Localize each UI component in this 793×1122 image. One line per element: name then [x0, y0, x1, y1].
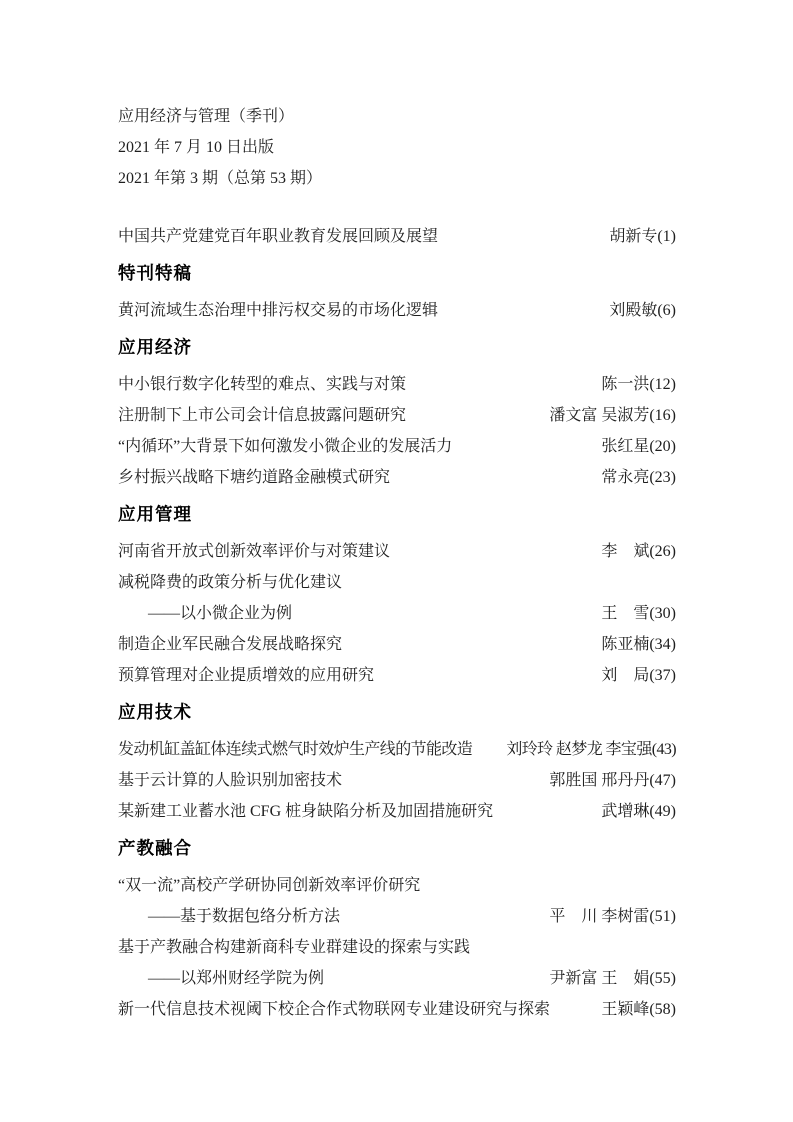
article-author-page: 刘玲玲 赵梦龙 李宝强(43) — [498, 734, 676, 765]
article-page-number: (16) — [649, 407, 676, 424]
article-authors: 刘玲玲 赵梦龙 李宝强 — [506, 741, 651, 758]
article-title: “双一流”高校产学研协同创新效率评价研究 — [118, 870, 420, 901]
toc-entry-subtitle-row: ——以郑州财经学院为例 尹新富 王 娟(55) — [118, 963, 676, 994]
article-authors: 潘文富 吴淑芳 — [549, 407, 649, 424]
article-author-page: 郭胜国 邢丹丹(47) — [541, 765, 676, 796]
article-authors: 张红星 — [601, 438, 649, 455]
article-title: 基于云计算的人脸识别加密技术 — [118, 765, 342, 796]
toc-entry-row: “内循环”大背景下如何激发小微企业的发展活力 张红星(20) — [118, 431, 676, 462]
article-authors: 陈亚楠 — [601, 636, 649, 653]
article-subtitle: ——以郑州财经学院为例 — [118, 963, 324, 994]
article-page-number: (20) — [649, 438, 676, 455]
article-title: 基于产教融合构建新商科专业群建设的探索与实践 — [118, 932, 470, 963]
article-page-number: (51) — [649, 908, 676, 925]
article-author-page: 潘文富 吴淑芳(16) — [541, 400, 676, 431]
article-subtitle: ——以小微企业为例 — [118, 598, 292, 629]
article-page-number: (47) — [649, 772, 676, 789]
article-author-page: 李 斌(26) — [593, 536, 676, 567]
article-author-page: 常永亮(23) — [593, 462, 676, 493]
article-author-page: 王 雪(30) — [593, 598, 676, 629]
article-authors: 王颖峰 — [601, 1001, 649, 1018]
toc-entry-row: 注册制下上市公司会计信息披露问题研究 潘文富 吴淑芳(16) — [118, 400, 676, 431]
issue-info: 2021 年第 3 期（总第 53 期） — [118, 163, 676, 194]
article-page-number: (6) — [657, 302, 676, 319]
article-title: 制造企业军民融合发展战略探究 — [118, 629, 342, 660]
article-authors: 王 雪 — [601, 605, 649, 622]
toc-entry-row: “双一流”高校产学研协同创新效率评价研究 — [118, 870, 676, 901]
article-author-page: 张红星(20) — [593, 431, 676, 462]
article-title: 乡村振兴战略下塘约道路金融模式研究 — [118, 462, 390, 493]
article-author-page: 武增琳(49) — [593, 796, 676, 827]
article-title: 黄河流域生态治理中排污权交易的市场化逻辑 — [118, 295, 438, 326]
article-page-number: (23) — [649, 469, 676, 486]
article-authors: 刘 局 — [601, 667, 649, 684]
journal-title: 应用经济与管理（季刊） — [118, 101, 676, 132]
section-heading-applied-technology: 应用技术 — [118, 691, 676, 734]
toc-entry-row: 新一代信息技术视阈下校企合作式物联网专业建设研究与探索 王颖峰(58) — [118, 994, 676, 1025]
article-author-page: 陈亚楠(34) — [593, 629, 676, 660]
article-title: 发动机缸盖缸体连续式燃气时效炉生产线的节能改造 — [118, 734, 472, 765]
toc-entry-row: 基于产教融合构建新商科专业群建设的探索与实践 — [118, 932, 676, 963]
article-page-number: (12) — [649, 376, 676, 393]
article-page-number: (49) — [649, 803, 676, 820]
article-page-number: (30) — [649, 605, 676, 622]
article-authors: 胡新专 — [609, 228, 657, 245]
article-authors: 陈一洪 — [601, 376, 649, 393]
toc-entry-row: 中小银行数字化转型的难点、实践与对策 陈一洪(12) — [118, 369, 676, 400]
article-title: 注册制下上市公司会计信息披露问题研究 — [118, 400, 406, 431]
article-page-number: (58) — [649, 1001, 676, 1018]
article-authors: 常永亮 — [601, 469, 649, 486]
article-title: 新一代信息技术视阈下校企合作式物联网专业建设研究与探索 — [118, 994, 550, 1025]
toc-entry-subtitle-row: ——基于数据包络分析方法 平 川 李树雷(51) — [118, 901, 676, 932]
article-title: 河南省开放式创新效率评价与对策建议 — [118, 536, 390, 567]
toc-entry-row: 某新建工业蓄水池 CFG 桩身缺陷分析及加固措施研究 武增琳(49) — [118, 796, 676, 827]
section-heading-applied-economics: 应用经济 — [118, 326, 676, 369]
toc-entry-row: 河南省开放式创新效率评价与对策建议 李 斌(26) — [118, 536, 676, 567]
article-author-page: 平 川 李树雷(51) — [541, 901, 676, 932]
article-page-number: (43) — [652, 741, 676, 758]
lead-article-row: 中国共产党建党百年职业教育发展回顾及展望 胡新专(1) — [118, 221, 676, 252]
article-authors: 郭胜国 邢丹丹 — [549, 772, 649, 789]
article-title: 中小银行数字化转型的难点、实践与对策 — [118, 369, 406, 400]
article-subtitle: ——基于数据包络分析方法 — [118, 901, 340, 932]
publish-date: 2021 年 7 月 10 日出版 — [118, 132, 676, 163]
section-heading-industry-education: 产教融合 — [118, 827, 676, 870]
toc-entry-row: 基于云计算的人脸识别加密技术 郭胜国 邢丹丹(47) — [118, 765, 676, 796]
journal-toc-page: 应用经济与管理（季刊） 2021 年 7 月 10 日出版 2021 年第 3 … — [0, 0, 793, 1122]
article-page-number: (55) — [649, 970, 676, 987]
article-author-page: 陈一洪(12) — [593, 369, 676, 400]
toc-entry-row: 黄河流域生态治理中排污权交易的市场化逻辑 刘殿敏(6) — [118, 295, 676, 326]
article-author-page: 王颖峰(58) — [593, 994, 676, 1025]
toc-entry-row: 预算管理对企业提质增效的应用研究 刘 局(37) — [118, 660, 676, 691]
article-author-page: 胡新专(1) — [601, 221, 676, 252]
section-heading-applied-management: 应用管理 — [118, 493, 676, 536]
article-title: “内循环”大背景下如何激发小微企业的发展活力 — [118, 431, 452, 462]
article-page-number: (26) — [649, 543, 676, 560]
article-authors: 尹新富 王 娟 — [549, 970, 649, 987]
article-author-page: 刘 局(37) — [593, 660, 676, 691]
toc-entry-row: 乡村振兴战略下塘约道路金融模式研究 常永亮(23) — [118, 462, 676, 493]
section-heading-special-feature: 特刊特稿 — [118, 252, 676, 295]
masthead: 应用经济与管理（季刊） 2021 年 7 月 10 日出版 2021 年第 3 … — [118, 101, 676, 194]
article-authors: 武增琳 — [601, 803, 649, 820]
article-authors: 刘殿敏 — [609, 302, 657, 319]
article-authors: 平 川 李树雷 — [549, 908, 649, 925]
article-title: 某新建工业蓄水池 CFG 桩身缺陷分析及加固措施研究 — [118, 796, 493, 827]
article-authors: 李 斌 — [601, 543, 649, 560]
article-title: 预算管理对企业提质增效的应用研究 — [118, 660, 374, 691]
toc-entry-row: 发动机缸盖缸体连续式燃气时效炉生产线的节能改造 刘玲玲 赵梦龙 李宝强(43) — [118, 734, 676, 765]
article-page-number: (37) — [649, 667, 676, 684]
article-author-page: 尹新富 王 娟(55) — [541, 963, 676, 994]
article-title: 中国共产党建党百年职业教育发展回顾及展望 — [118, 221, 438, 252]
article-page-number: (34) — [649, 636, 676, 653]
article-author-page: 刘殿敏(6) — [601, 295, 676, 326]
toc-entry-row: 制造企业军民融合发展战略探究 陈亚楠(34) — [118, 629, 676, 660]
article-page-number: (1) — [657, 228, 676, 245]
toc-entry-subtitle-row: ——以小微企业为例 王 雪(30) — [118, 598, 676, 629]
article-title: 减税降费的政策分析与优化建议 — [118, 567, 342, 598]
toc-entry-row: 减税降费的政策分析与优化建议 — [118, 567, 676, 598]
